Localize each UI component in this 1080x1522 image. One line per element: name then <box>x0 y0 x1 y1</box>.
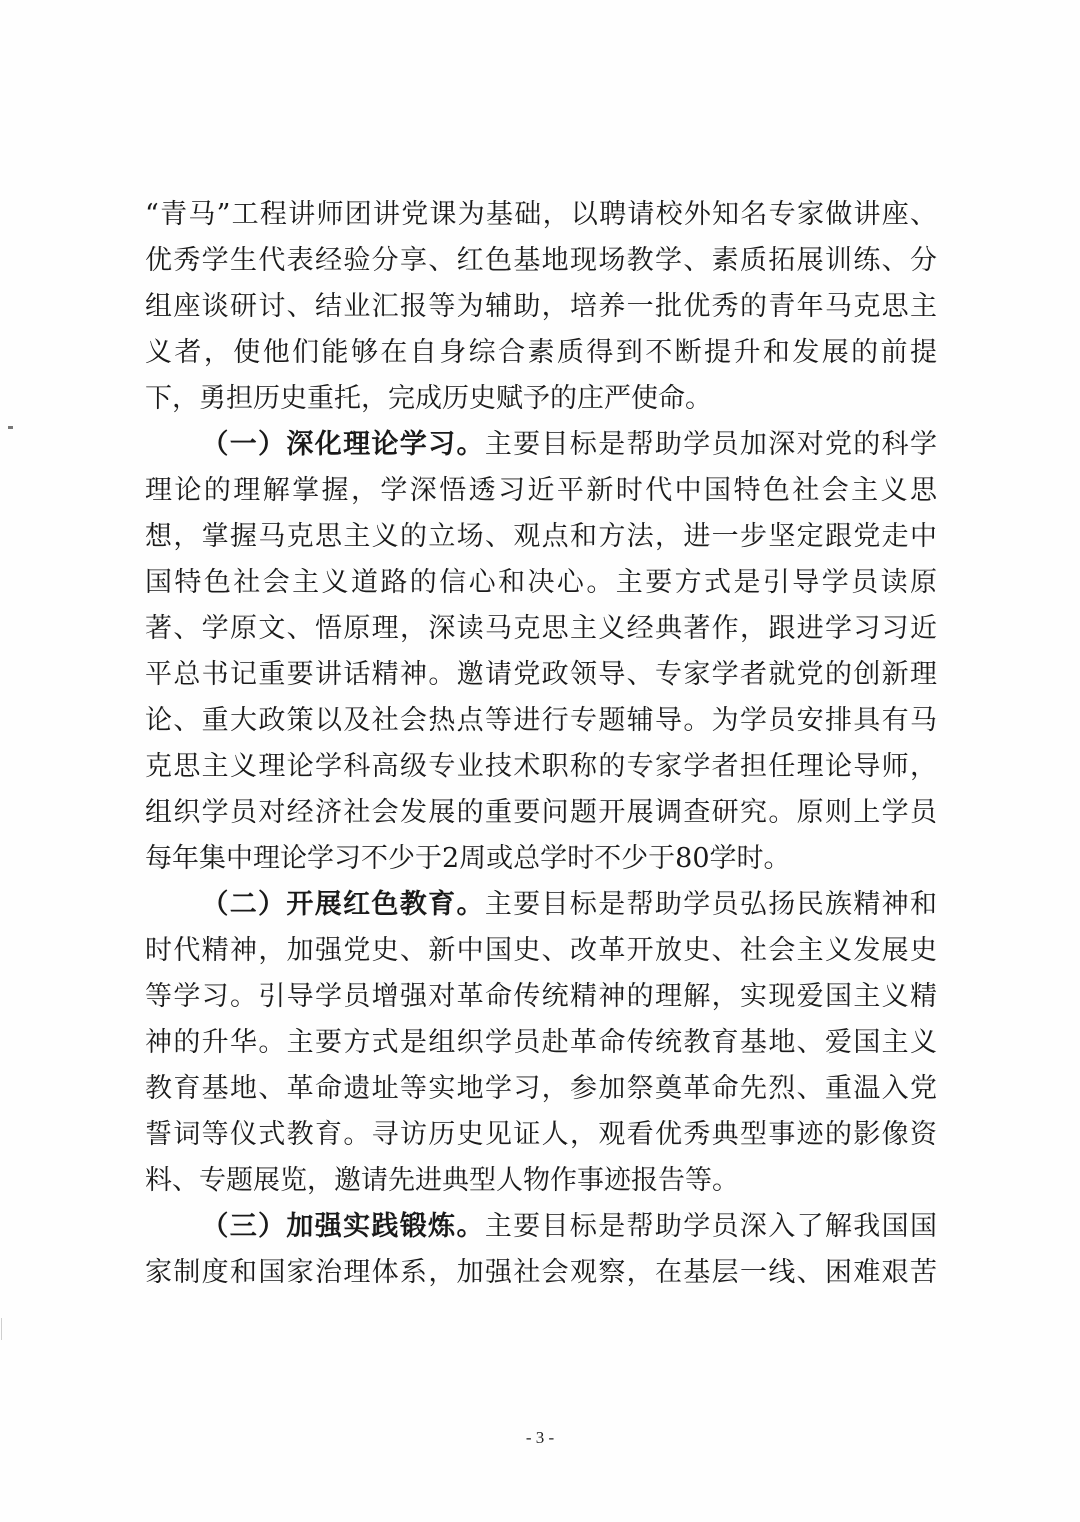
section-heading: （一）深化理论学习。 <box>200 429 485 460</box>
text-line: 神的升华。主要方式是组织学员赴革命传统教育基地、爱国主义 <box>145 1020 937 1066</box>
text-line: 理论的理解掌握，学深悟透习近平新时代中国特色社会主义思 <box>145 468 937 514</box>
text-line: 克思主义理论学科高级专业技术职称的专家学者担任理论导师， <box>145 744 937 790</box>
text-line: 义者，使他们能够在自身综合素质得到不断提升和发展的前提 <box>145 330 937 376</box>
section-heading: （二）开展红色教育。 <box>200 889 485 920</box>
text-line: 著、学原文、悟原理，深读马克思主义经典著作，跟进学习习近 <box>145 606 937 652</box>
text-line: “青马”工程讲师团讲党课为基础，以聘请校外知名专家做讲座、 <box>145 192 937 238</box>
page-number: - 3 - <box>0 1428 1080 1448</box>
document-page: “青马”工程讲师团讲党课为基础，以聘请校外知名专家做讲座、 优秀学生代表经验分享… <box>0 0 1080 1522</box>
text-line: 论、重大政策以及社会热点等进行专题辅导。为学员安排具有马 <box>145 698 937 744</box>
section-red-education: （二）开展红色教育。主要目标是帮助学员弘扬民族精神和 时代精神，加强党史、新中国… <box>145 882 937 1204</box>
text-line: 想，掌握马克思主义的立场、观点和方法，进一步坚定跟党走中 <box>145 514 937 560</box>
section-lead-text: 主要目标是帮助学员弘扬民族精神和 <box>485 889 937 920</box>
text-line: 等学习。引导学员增强对革命传统精神的理解，实现爱国主义精 <box>145 974 937 1020</box>
text-line: 平总书记重要讲话精神。邀请党政领导、专家学者就党的创新理 <box>145 652 937 698</box>
section-first-line: （二）开展红色教育。主要目标是帮助学员弘扬民族精神和 <box>145 882 937 928</box>
section-first-line: （三）加强实践锻炼。主要目标是帮助学员深入了解我国国 <box>145 1204 937 1250</box>
section-theory-study: （一）深化理论学习。主要目标是帮助学员加深对党的科学 理论的理解掌握，学深悟透习… <box>145 422 937 882</box>
section-heading: （三）加强实践锻炼。 <box>200 1211 485 1242</box>
text-line: 优秀学生代表经验分享、红色基地现场教学、素质拓展训练、分 <box>145 238 937 284</box>
text-line: 誓词等仪式教育。寻访历史见证人，观看优秀典型事迹的影像资 <box>145 1112 937 1158</box>
paragraph-continuation: “青马”工程讲师团讲党课为基础，以聘请校外知名专家做讲座、 优秀学生代表经验分享… <box>145 192 937 422</box>
text-line: 组织学员对经济社会发展的重要问题开展调查研究。原则上学员 <box>145 790 937 836</box>
document-body: “青马”工程讲师团讲党课为基础，以聘请校外知名专家做讲座、 优秀学生代表经验分享… <box>145 192 937 1296</box>
text-line: 时代精神，加强党史、新中国史、改革开放史、社会主义发展史 <box>145 928 937 974</box>
text-line: 家制度和国家治理体系，加强社会观察，在基层一线、困难艰苦 <box>145 1250 937 1296</box>
scan-artifact-edge <box>1 1318 2 1340</box>
section-practice-training: （三）加强实践锻炼。主要目标是帮助学员深入了解我国国 家制度和国家治理体系，加强… <box>145 1204 937 1296</box>
section-first-line: （一）深化理论学习。主要目标是帮助学员加深对党的科学 <box>145 422 937 468</box>
text-line: 料、专题展览，邀请先进典型人物作事迹报告等。 <box>145 1158 937 1204</box>
text-line: 每年集中理论学习不少于2周或总学时不少于80学时。 <box>145 836 937 882</box>
section-lead-text: 主要目标是帮助学员加深对党的科学 <box>485 429 937 460</box>
text-line: 组座谈研讨、结业汇报等为辅助，培养一批优秀的青年马克思主 <box>145 284 937 330</box>
text-line: 下，勇担历史重托，完成历史赋予的庄严使命。 <box>145 376 937 422</box>
text-line: 国特色社会主义道路的信心和决心。主要方式是引导学员读原 <box>145 560 937 606</box>
scan-artifact-mark <box>8 426 13 429</box>
text-line: 教育基地、革命遗址等实地学习，参加祭奠革命先烈、重温入党 <box>145 1066 937 1112</box>
section-lead-text: 主要目标是帮助学员深入了解我国国 <box>485 1211 937 1242</box>
